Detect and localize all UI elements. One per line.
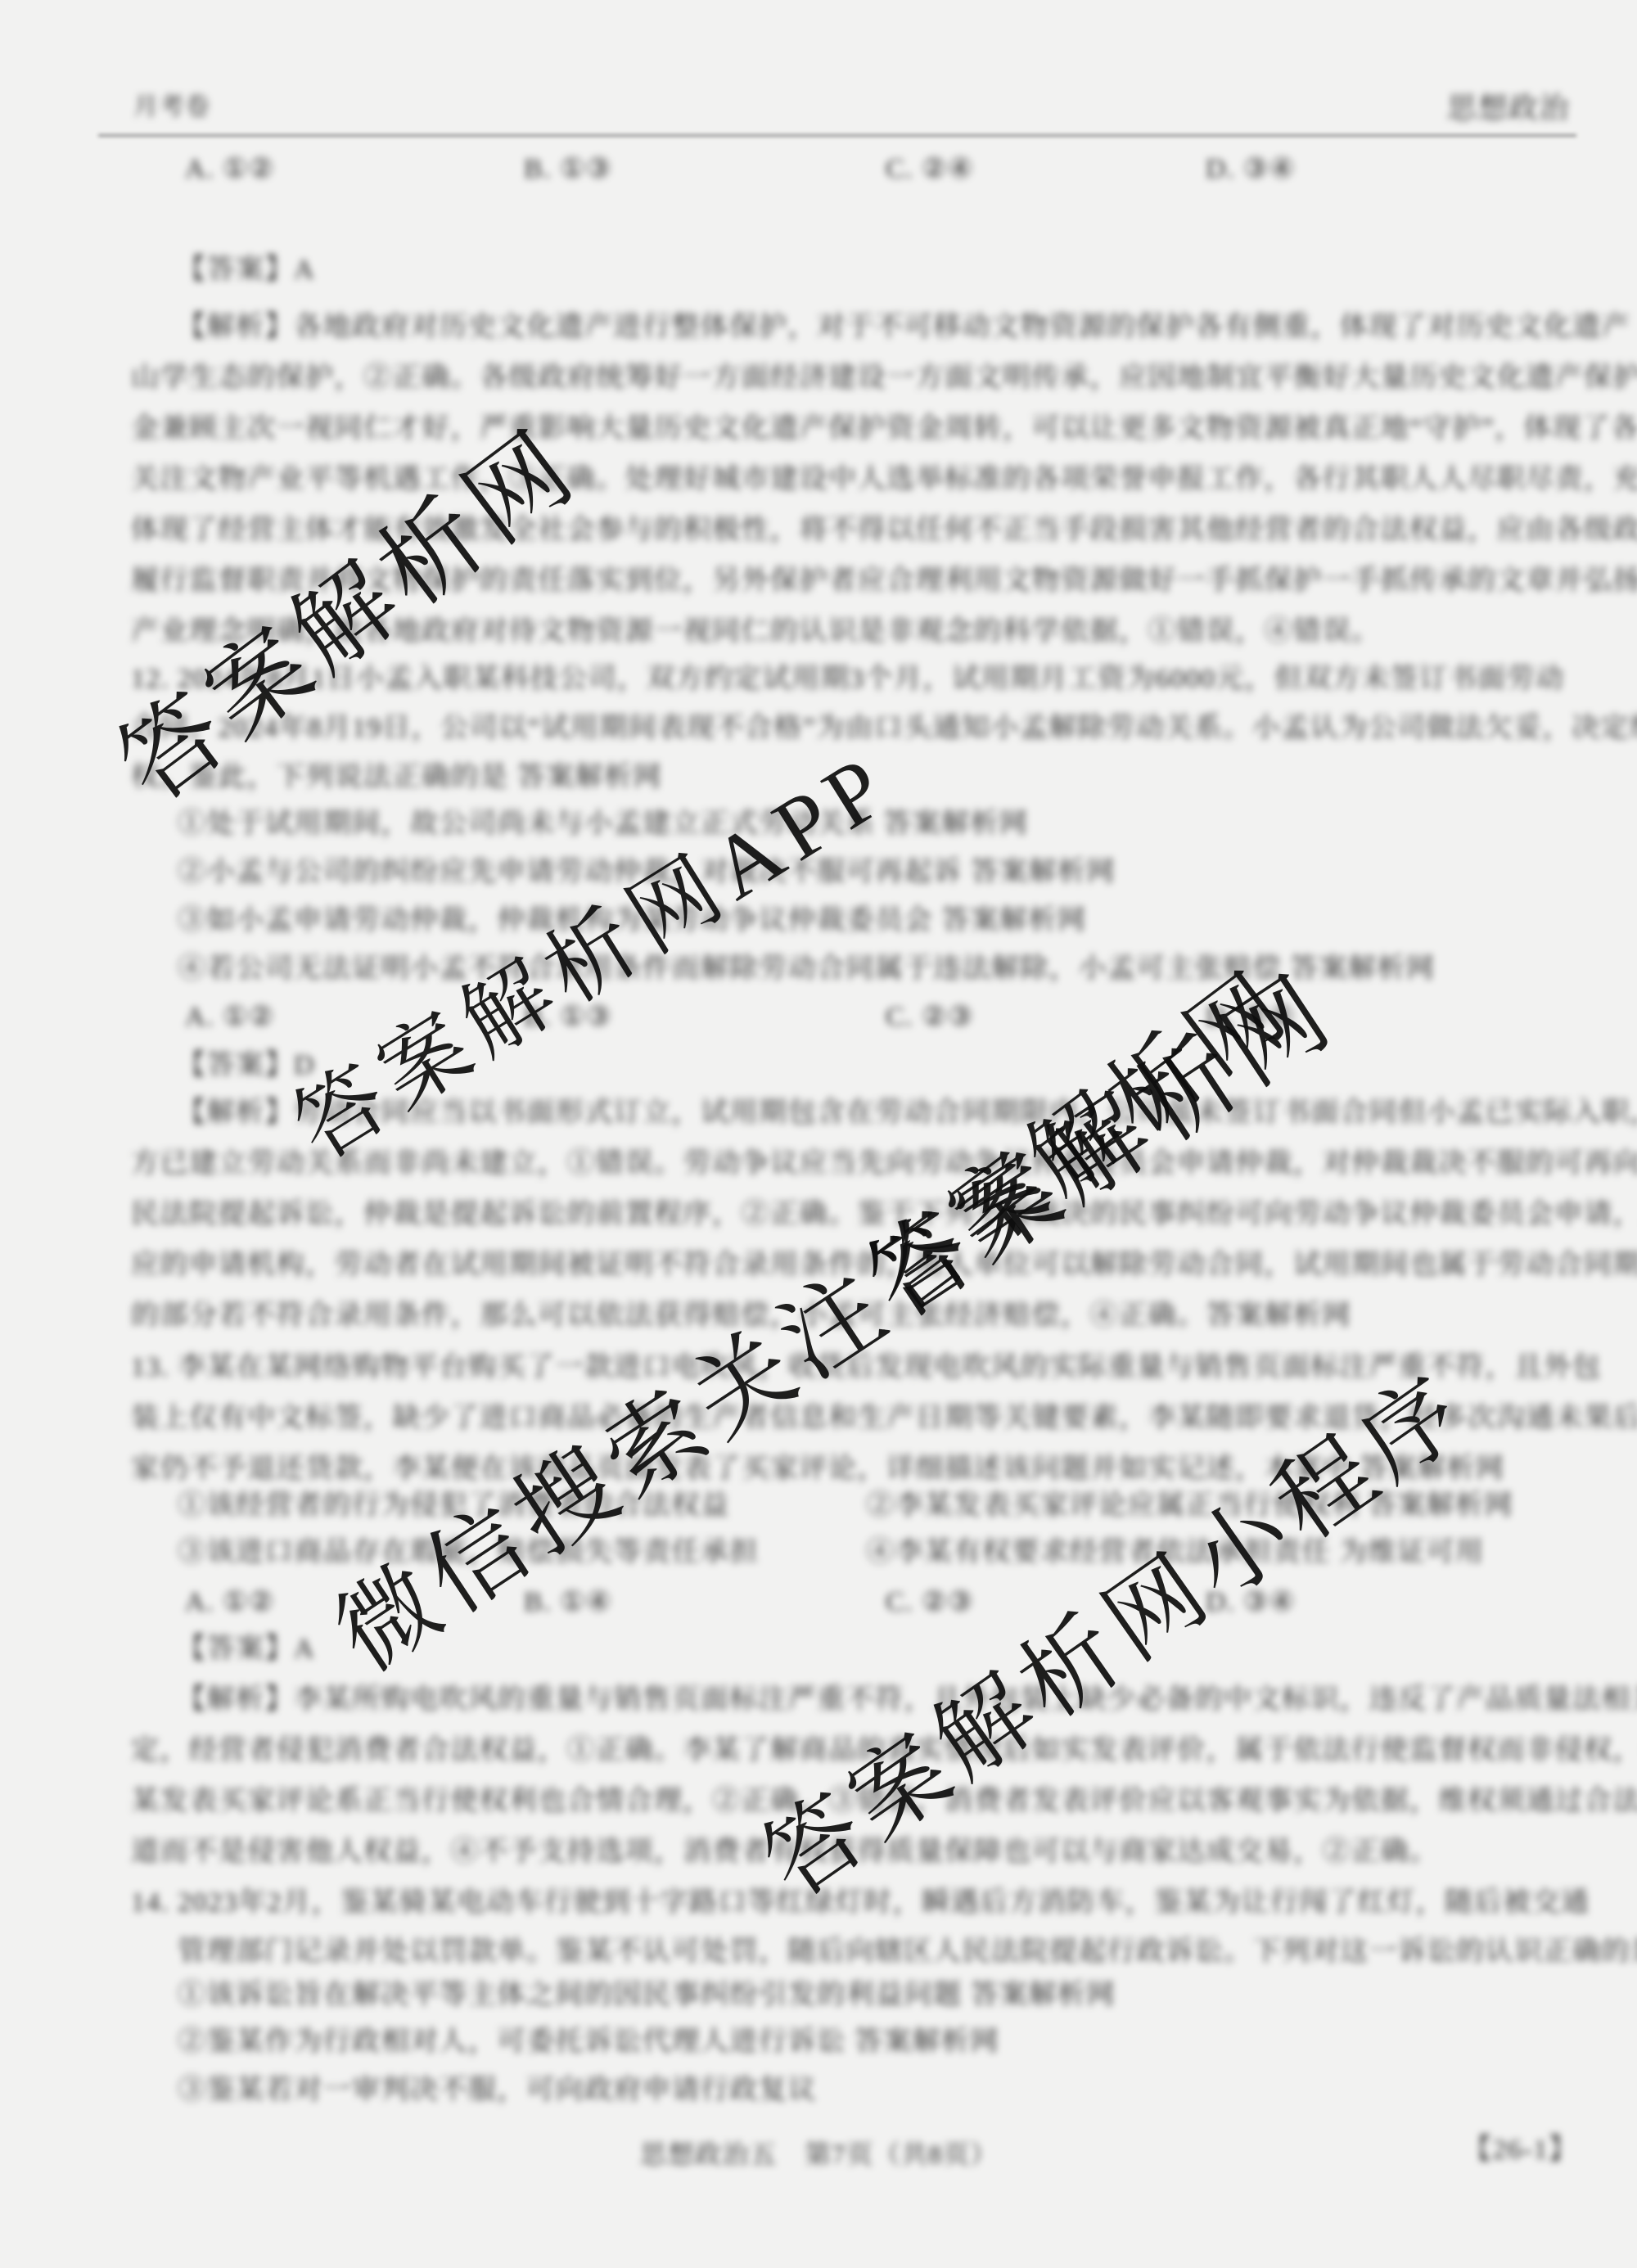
analysis-line: 关注文物产业平等机遇工作，③正确。处理好城市建设中人选举标准的各项荣誉申报工作，… xyxy=(131,462,1637,498)
analysis-line: 山学生态的保护，②正确。各级政府统筹好一方面经济建设一方面文明传承，应因地制宜平… xyxy=(131,361,1637,396)
option: C. ②③ xyxy=(886,1585,974,1621)
analysis-line: 【解析】李某所购电吹风的重量与销售页面标注严重不符，且外包装上缺少必备的中文标识… xyxy=(178,1683,1637,1718)
header-left-label: 月考卷 xyxy=(133,92,211,123)
analysis-line: 金兼顾主次一视同仁才好，严重影响大量历史文化遗产保护资金周转，可以让更多文物资源… xyxy=(131,412,1637,447)
watermark-text: 答案解析网小程序 xyxy=(748,1359,1484,1914)
option: A. ①② xyxy=(185,1000,275,1035)
option: A. ①② xyxy=(185,152,275,187)
answer-line: 【答案】A xyxy=(178,1632,315,1667)
statement-line: ③鉴某若对一审判决不服，可向政府申请行政复议 xyxy=(178,2073,817,2108)
footer-code: 【26-1】 xyxy=(1463,2133,1577,2168)
question-line: 合同。2024年8月19日，公司以“试用期间表现不合格”为由口头通知小孟解除劳动… xyxy=(131,711,1637,746)
option: A. ①② xyxy=(185,1585,275,1621)
option: C. ②③ xyxy=(886,1000,974,1035)
statement-line: ②鉴某作为行政相对人，可委托诉讼代理人进行诉讼 答案解析网 xyxy=(178,2025,999,2060)
statement-line: ②李某发表买家评论应属正当行使权利 答案解析网 xyxy=(866,1489,1513,1524)
answer-line: 【答案】D xyxy=(178,1048,315,1084)
header-rule xyxy=(98,134,1576,137)
question-line: 管理部门记录并处以罚款单。鉴某不认可处罚，随后向辖区人民法院提起行政诉讼。下列对… xyxy=(178,1935,1637,1970)
question-line: 14. 2023年2月，鉴某骑某电动车行驶到十字路口等红绿灯时，瞬遇后方消防车，… xyxy=(131,1886,1590,1921)
statement-line: ①该诉讼旨在解决平等主体之间的因民事纠纷引发的利益问题 答案解析网 xyxy=(178,1978,1116,2013)
analysis-line: 【解析】各地政府对历史文化遗产进行整体保护，对于不可移动文物资源的保护各有侧重，… xyxy=(178,310,1630,345)
option: B. ①④ xyxy=(524,1585,612,1621)
option: B. ①③ xyxy=(524,152,612,187)
option: C. ②④ xyxy=(886,152,974,187)
option: D. ③④ xyxy=(1206,152,1296,187)
footer-page-info: 思想政治五 第7页（共8页） xyxy=(640,2138,998,2171)
answer-line: 【答案】A xyxy=(178,253,315,288)
header-right-subject: 思想政治 xyxy=(1447,90,1570,127)
scanned-exam-page: 月考卷 思想政治 A. ①②B. ①③C. ②④D. ③④【答案】A【解析】各地… xyxy=(0,0,1637,2268)
